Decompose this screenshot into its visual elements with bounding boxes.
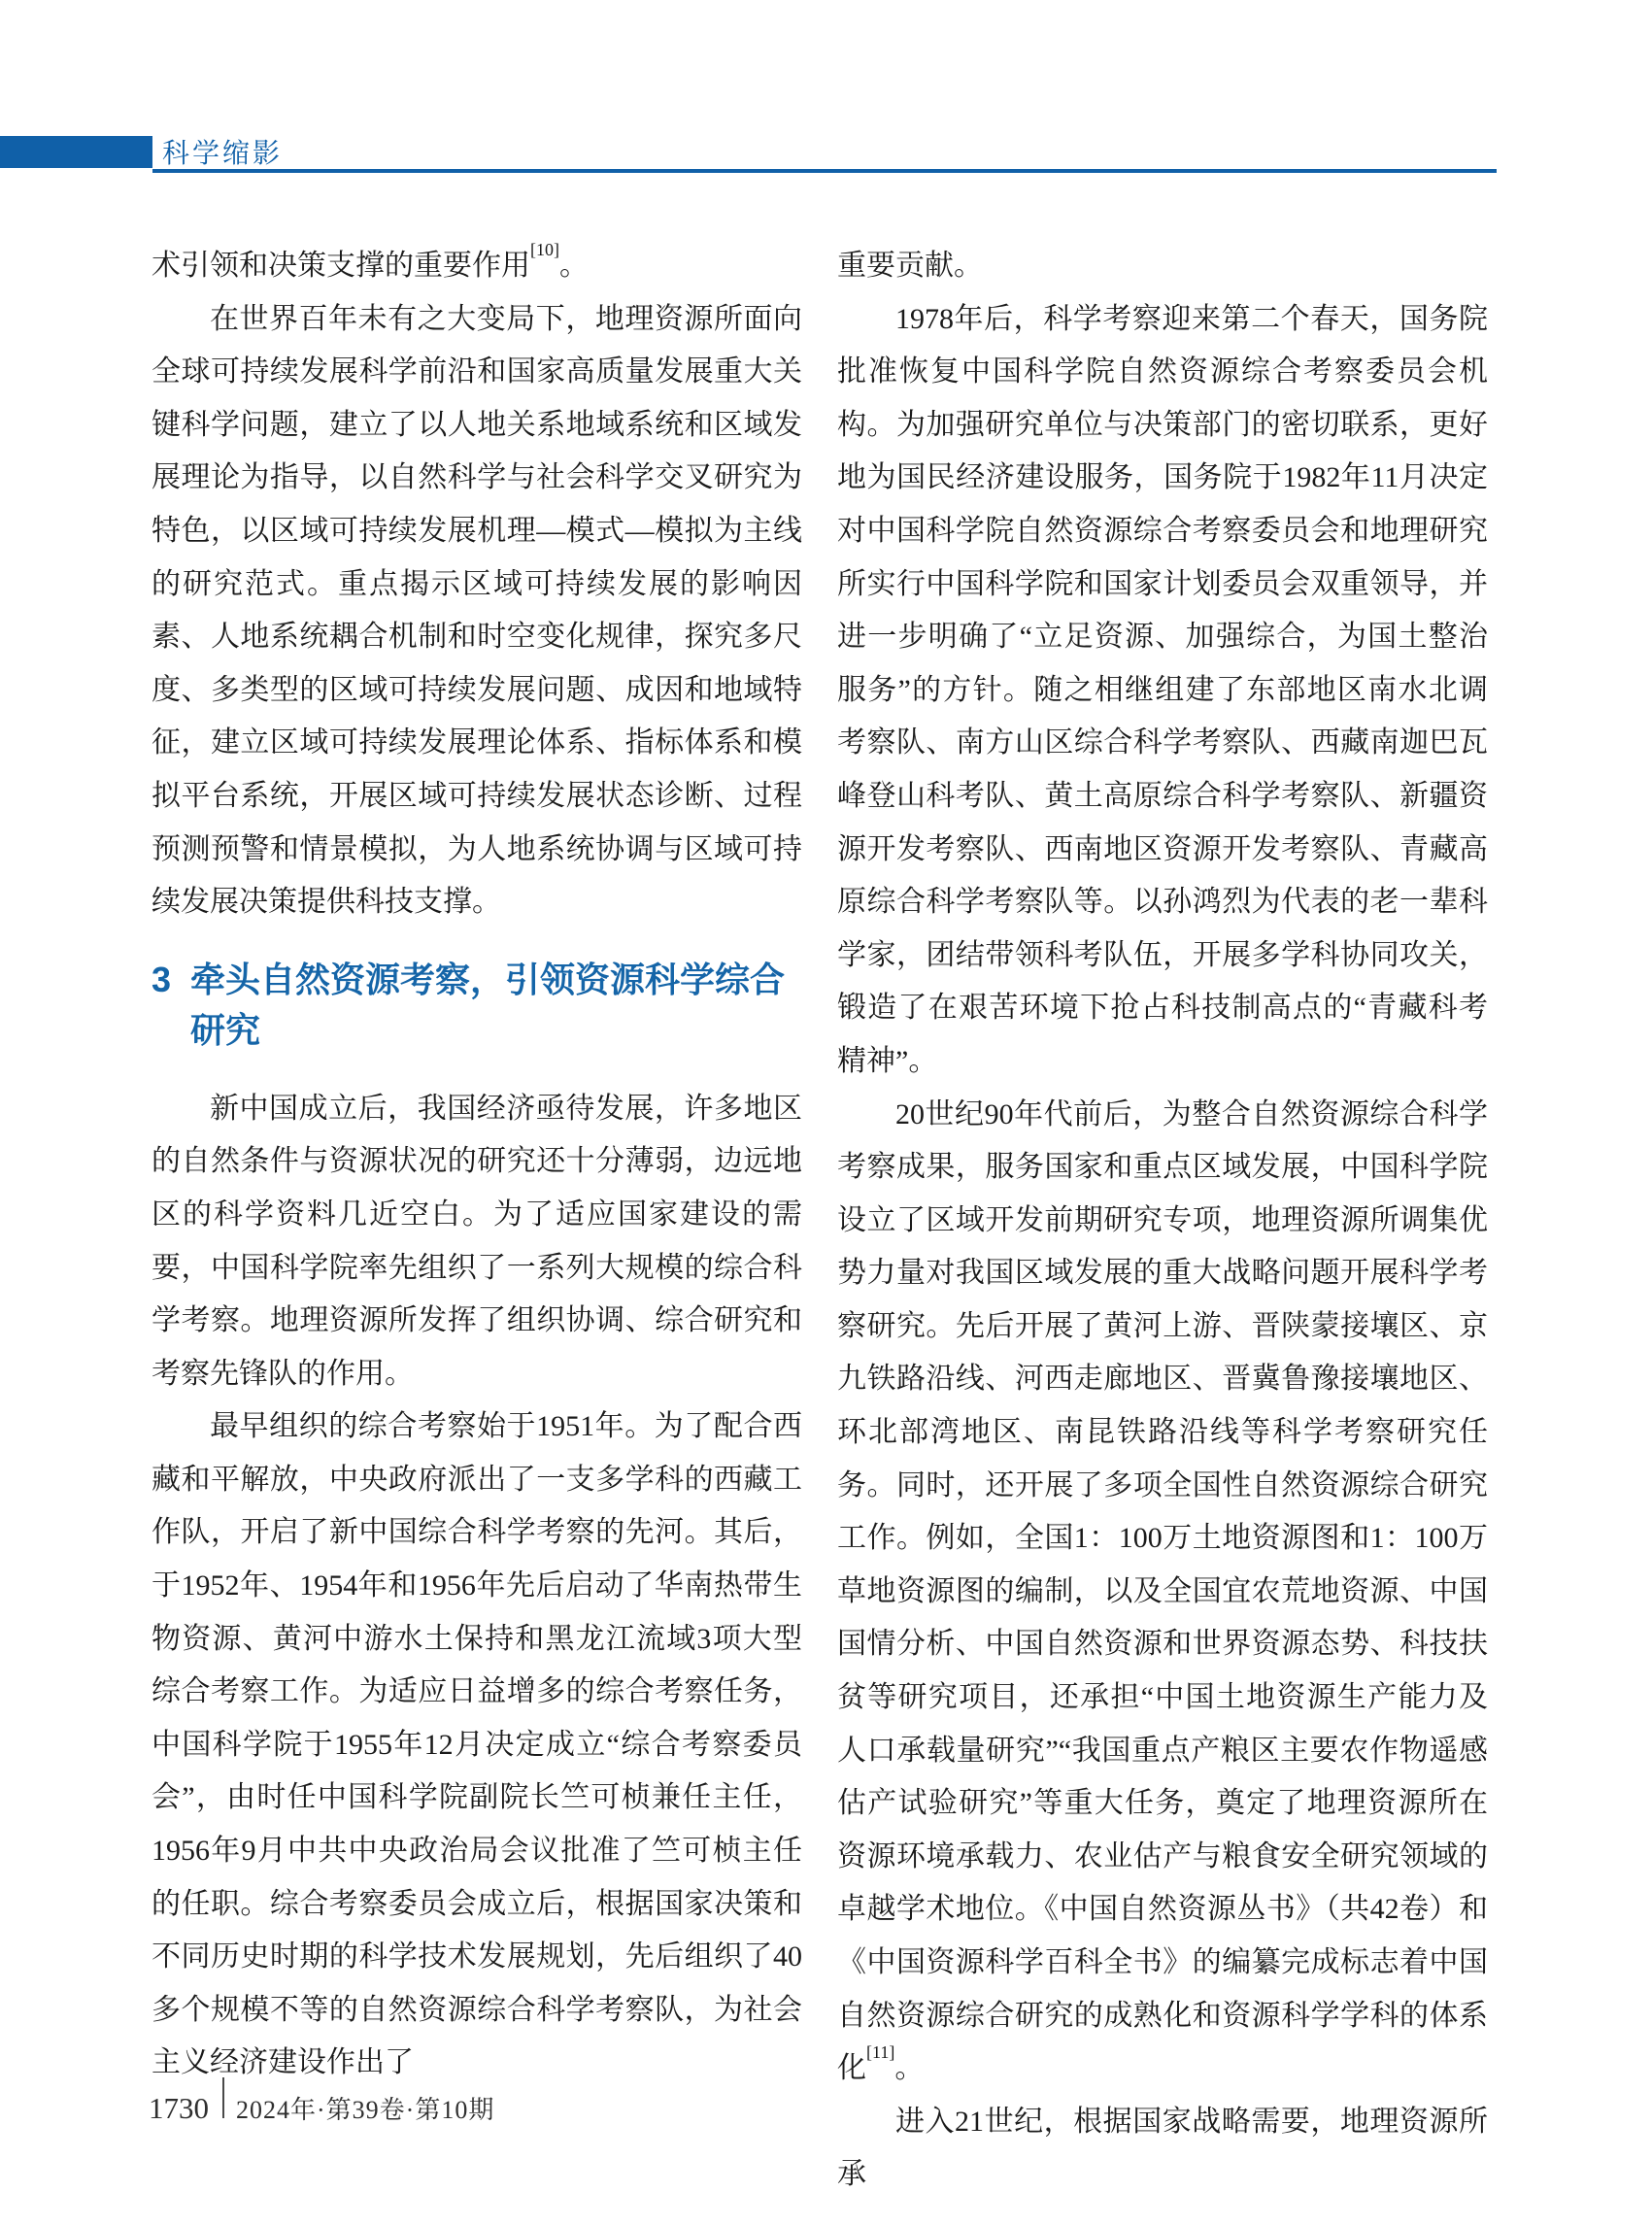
header-accent-bar — [0, 136, 152, 168]
paragraph-1978: 1978年后，科学考察迎来第二个春天，国务院批准恢复中国科学院自然资源综合考察委… — [837, 293, 1488, 1089]
paragraph-overview: 在世界百年未有之大变局下，地理资源所面向全球可持续发展科学前沿和国家高质量发展重… — [152, 293, 802, 929]
page-footer: 1730 2024年·第39卷·第10期 — [149, 2077, 494, 2132]
paragraph-expeditions: 最早组织的综合考察始于1951年。为了配合西藏和平解放，中央政府派出了一支多学科… — [152, 1400, 802, 2090]
footer-divider — [222, 2077, 224, 2118]
paragraph-new-china: 新中国成立后，我国经济亟待发展，许多地区的自然条件与资源状况的研究还十分薄弱，边… — [152, 1083, 802, 1401]
section-number: 3 — [152, 955, 190, 1005]
paragraph-contribution: 重要贡献。 — [837, 240, 1488, 293]
citation-ref-10: [10] — [530, 240, 559, 259]
header-rule — [152, 169, 1497, 173]
paragraph-1990s: 20世纪90年代前后，为整合自然资源综合科学考察成果，服务国家和重点区域发展，中… — [837, 1089, 1488, 2096]
right-column: 重要贡献。 1978年后，科学考察迎来第二个春天，国务院批准恢复中国科学院自然资… — [837, 240, 1488, 2202]
section-label: 科学缩影 — [162, 139, 283, 168]
paragraph-21century: 进入21世纪，根据国家战略需要，地理资源所承 — [837, 2096, 1488, 2202]
citation-ref-11: [11] — [866, 2042, 894, 2062]
journal-page: 科学缩影 术引领和决策支撑的重要作用[10]。 在世界百年未有之大变局下，地理资… — [0, 0, 1652, 2226]
issue-info: 2024年·第39卷·第10期 — [236, 2089, 494, 2132]
paragraph-text: 20世纪90年代前后，为整合自然资源综合科学考察成果，服务国家和重点区域发展，中… — [837, 1098, 1488, 2085]
left-column: 术引领和决策支撑的重要作用[10]。 在世界百年未有之大变局下，地理资源所面向全… — [152, 240, 802, 2090]
paragraph-text: 。 — [559, 250, 589, 282]
page-number: 1730 — [149, 2087, 209, 2130]
section-title: 牵头自然资源考察，引领资源科学综合研究 — [190, 955, 802, 1056]
paragraph-text: 。 — [894, 2052, 924, 2084]
paragraph-continuation: 术引领和决策支撑的重要作用[10]。 — [152, 240, 802, 293]
paragraph-text: 术引领和决策支撑的重要作用 — [152, 250, 530, 282]
section-heading: 3 牵头自然资源考察，引领资源科学综合研究 — [152, 955, 802, 1056]
